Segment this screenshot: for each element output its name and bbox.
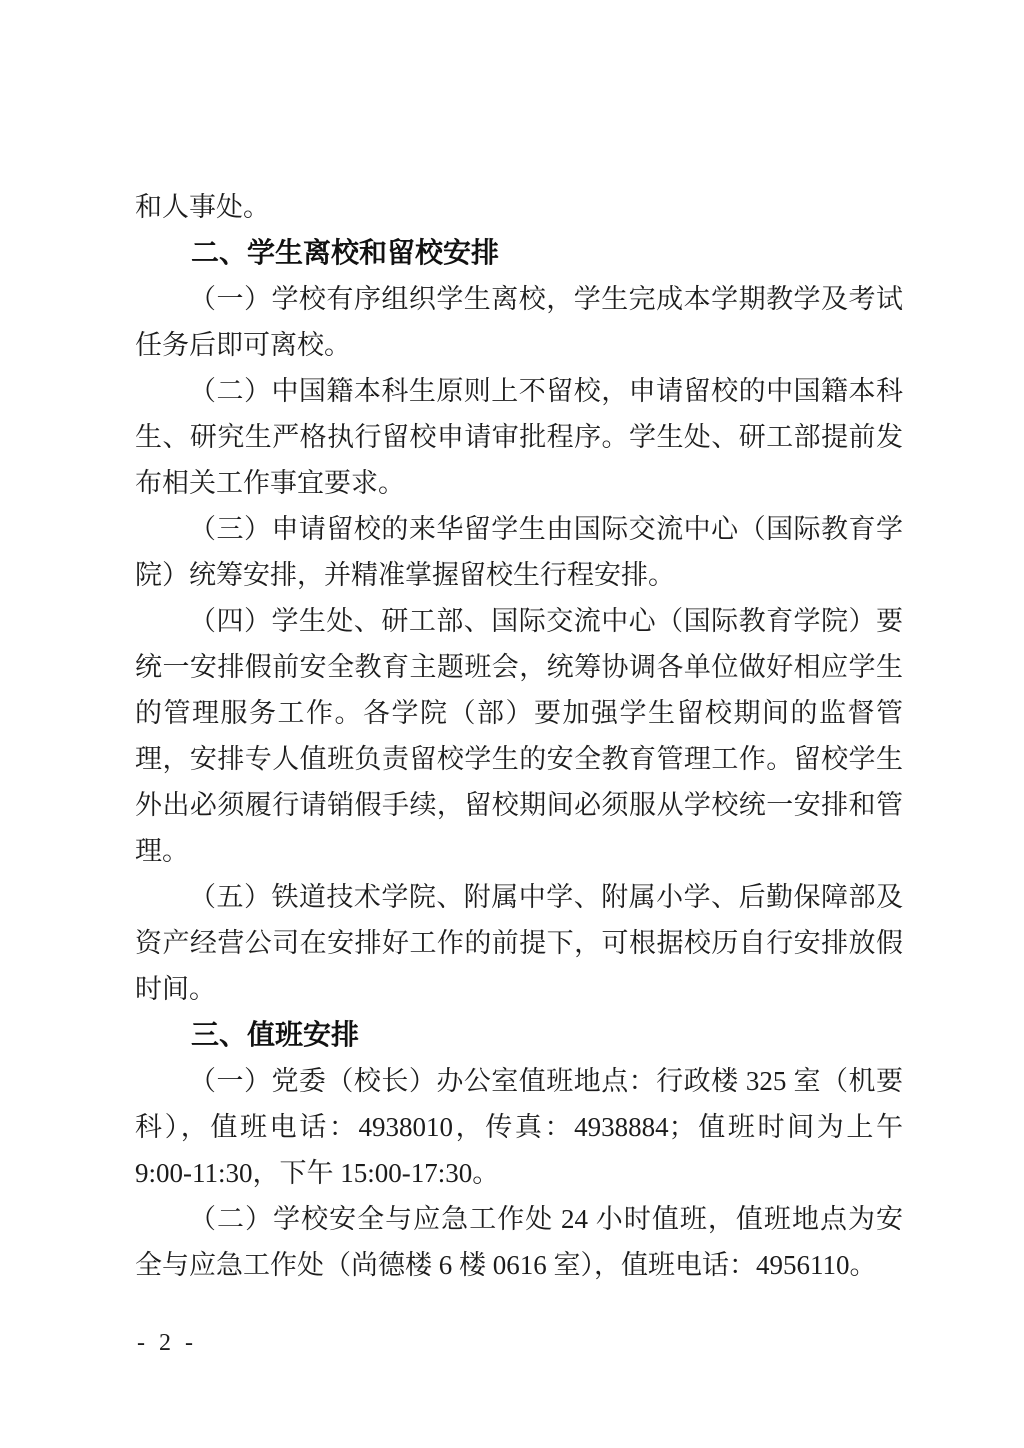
body-paragraph: （三）申请留校的来华留学生由国际交流中心（国际教育学院）统筹安排，并精准掌握留校… — [135, 506, 903, 598]
body-paragraph: （一）学校有序组织学生离校，学生完成本学期教学及考试任务后即可离校。 — [135, 276, 903, 368]
body-paragraph: （一）党委（校长）办公室值班地点：行政楼 325 室（机要科），值班电话：493… — [135, 1058, 903, 1196]
section-heading-duty-arrangement: 三、值班安排 — [135, 1012, 903, 1058]
body-paragraph: （五）铁道技术学院、附属中学、附属小学、后勤保障部及资产经营公司在安排好工作的前… — [135, 874, 903, 1012]
document-body: 和人事处。 二、学生离校和留校安排 （一）学校有序组织学生离校，学生完成本学期教… — [135, 184, 903, 1288]
page-number: - 2 - — [137, 1328, 197, 1358]
body-paragraph: （二）中国籍本科生原则上不留校，申请留校的中国籍本科生、研究生严格执行留校申请审… — [135, 368, 903, 506]
body-paragraph: （二）学校安全与应急工作处 24 小时值班，值班地点为安全与应急工作处（尚德楼 … — [135, 1196, 903, 1288]
section-heading-students-leave-stay: 二、学生离校和留校安排 — [135, 230, 903, 276]
document-page: 和人事处。 二、学生离校和留校安排 （一）学校有序组织学生离校，学生完成本学期教… — [0, 0, 1024, 1448]
body-paragraph: （四）学生处、研工部、国际交流中心（国际教育学院）要统一安排假前安全教育主题班会… — [135, 598, 903, 874]
continuation-paragraph: 和人事处。 — [135, 184, 903, 230]
